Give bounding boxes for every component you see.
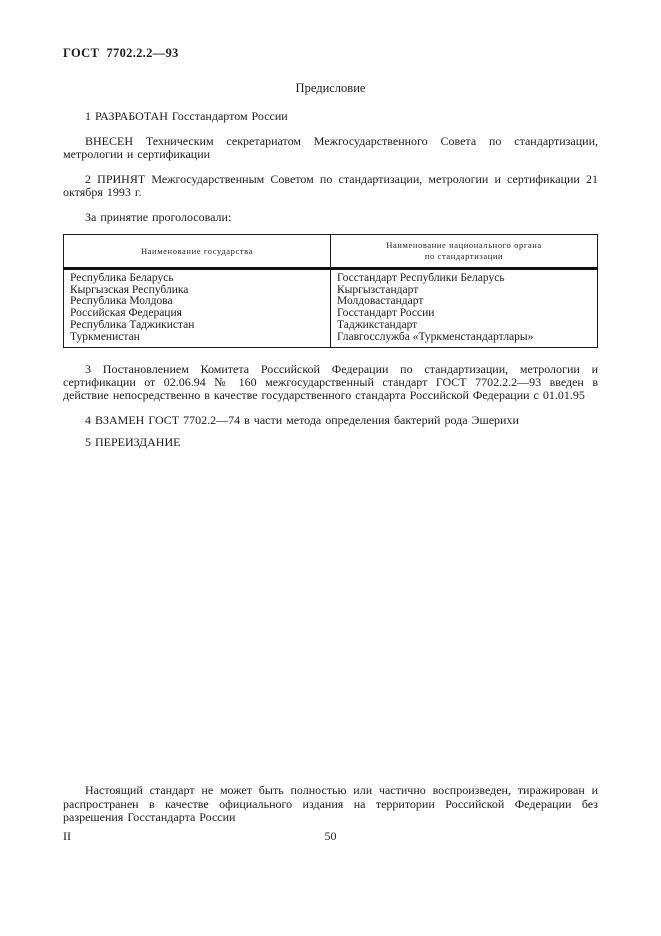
state-cell: Республика Таджикистан: [64, 320, 331, 332]
table-row: Республика Беларусь Госстандарт Республи…: [64, 269, 598, 285]
document-page: ГОСТ 7702.2.2—93 Предисловие 1 РАЗРАБОТА…: [0, 0, 661, 936]
org-cell: Молдовастандарт: [331, 296, 598, 308]
clause-submitted: ВНЕСЕН Техническим секретариатом Межгосу…: [63, 135, 598, 161]
clause-developed: 1 РАЗРАБОТАН Госстандартом России: [63, 110, 598, 123]
table-row: Туркменистан Главгосслужба «Туркменстанд…: [64, 332, 598, 348]
vote-table: Наименование государства Наименование на…: [63, 234, 598, 348]
table-row: Российская Федерация Госстандарт России: [64, 308, 598, 320]
org-cell: Таджикстандарт: [331, 320, 598, 332]
vote-table-body: Республика Беларусь Госстандарт Республи…: [64, 269, 598, 348]
clause-replaces: 4 ВЗАМЕН ГОСТ 7702.2—74 в части метода о…: [63, 414, 598, 427]
state-cell: Республика Молдова: [64, 296, 331, 308]
state-cell: Российская Федерация: [64, 308, 331, 320]
clause-adopted: 2 ПРИНЯТ Межгосударственным Советом по с…: [63, 173, 598, 199]
clause-enacted: 3 Постановлением Комитета Российской Фед…: [63, 363, 598, 402]
page-footer: II 50: [63, 830, 598, 844]
org-cell: Госстандарт России: [331, 308, 598, 320]
state-cell: Республика Беларусь: [64, 269, 331, 285]
page-content: ГОСТ 7702.2.2—93 Предисловие 1 РАЗРАБОТА…: [63, 47, 598, 449]
table-row: Республика Молдова Молдовастандарт: [64, 296, 598, 308]
page-roman-numeral: II: [63, 830, 71, 843]
vote-intro: За принятие проголосовали:: [63, 211, 598, 224]
page-number: 50: [325, 830, 337, 843]
state-cell: Кыргызская Республика: [64, 285, 331, 297]
table-row: Кыргызская Республика Кыргызстандарт: [64, 285, 598, 297]
org-cell: Главгосслужба «Туркменстандартлары»: [331, 332, 598, 348]
clause-reissue: 5 ПЕРЕИЗДАНИЕ: [63, 436, 598, 449]
org-cell: Кыргызстандарт: [331, 285, 598, 297]
copyright-note: Настоящий стандарт не может быть полност…: [63, 784, 598, 825]
standard-code: ГОСТ 7702.2.2—93: [63, 47, 598, 60]
vote-table-head: Наименование государства Наименование на…: [64, 235, 598, 269]
table-header-org: Наименование национального органа по ста…: [331, 235, 598, 269]
page-title: Предисловие: [63, 82, 598, 95]
table-header-state: Наименование государства: [64, 235, 331, 269]
table-row: Республика Таджикистан Таджикстандарт: [64, 320, 598, 332]
vote-table-header-row: Наименование государства Наименование на…: [64, 235, 598, 269]
org-cell: Госстандарт Республики Беларусь: [331, 269, 598, 285]
state-cell: Туркменистан: [64, 332, 331, 348]
